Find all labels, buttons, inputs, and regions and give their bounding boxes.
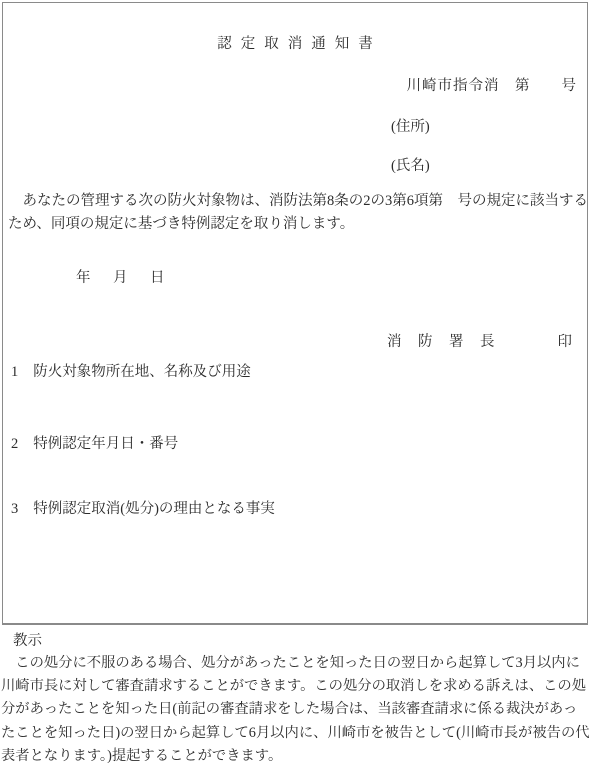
name-label: (氏名) <box>391 154 430 175</box>
item-2-label: 特例認定年月日・番号 <box>33 436 178 452</box>
document-title: 認定取消通知書 <box>3 32 587 53</box>
date-line: 年 月 日 <box>76 266 169 287</box>
notice-document-page: 認定取消通知書 川崎市指令消 第 号 (住所) (氏名) あなたの管理する次の防… <box>0 0 592 763</box>
item-2-number: 2 <box>11 436 18 452</box>
item-2-certification-date-number: 2特例認定年月日・番号 <box>11 432 178 453</box>
instruction-body-paragraph: この処分に不服のある場合、処分があったことを知った日の翌日から起算して3月以内に… <box>1 652 591 763</box>
item-3-revocation-reason: 3特例認定取消(処分)の理由となる事実 <box>11 497 275 518</box>
fire-chief-signature-line: 消 防 署 長 印 <box>387 330 573 351</box>
item-1-property-location: 1防火対象物所在地、名称及び用途 <box>11 360 251 381</box>
item-1-number: 1 <box>11 364 18 380</box>
instruction-heading: 教示 <box>13 629 42 650</box>
document-number-line: 川崎市指令消 第 号 <box>407 74 578 95</box>
address-label: (住所) <box>391 115 430 136</box>
notice-body-paragraph: あなたの管理する次の防火対象物は、消防法第8条の2の3第6項第 号の規定に該当す… <box>8 190 591 236</box>
item-3-label: 特例認定取消(処分)の理由となる事実 <box>33 501 275 517</box>
item-3-number: 3 <box>11 501 18 517</box>
item-1-label: 防火対象物所在地、名称及び用途 <box>33 364 251 380</box>
document-frame: 認定取消通知書 川崎市指令消 第 号 (住所) (氏名) あなたの管理する次の防… <box>2 2 588 625</box>
